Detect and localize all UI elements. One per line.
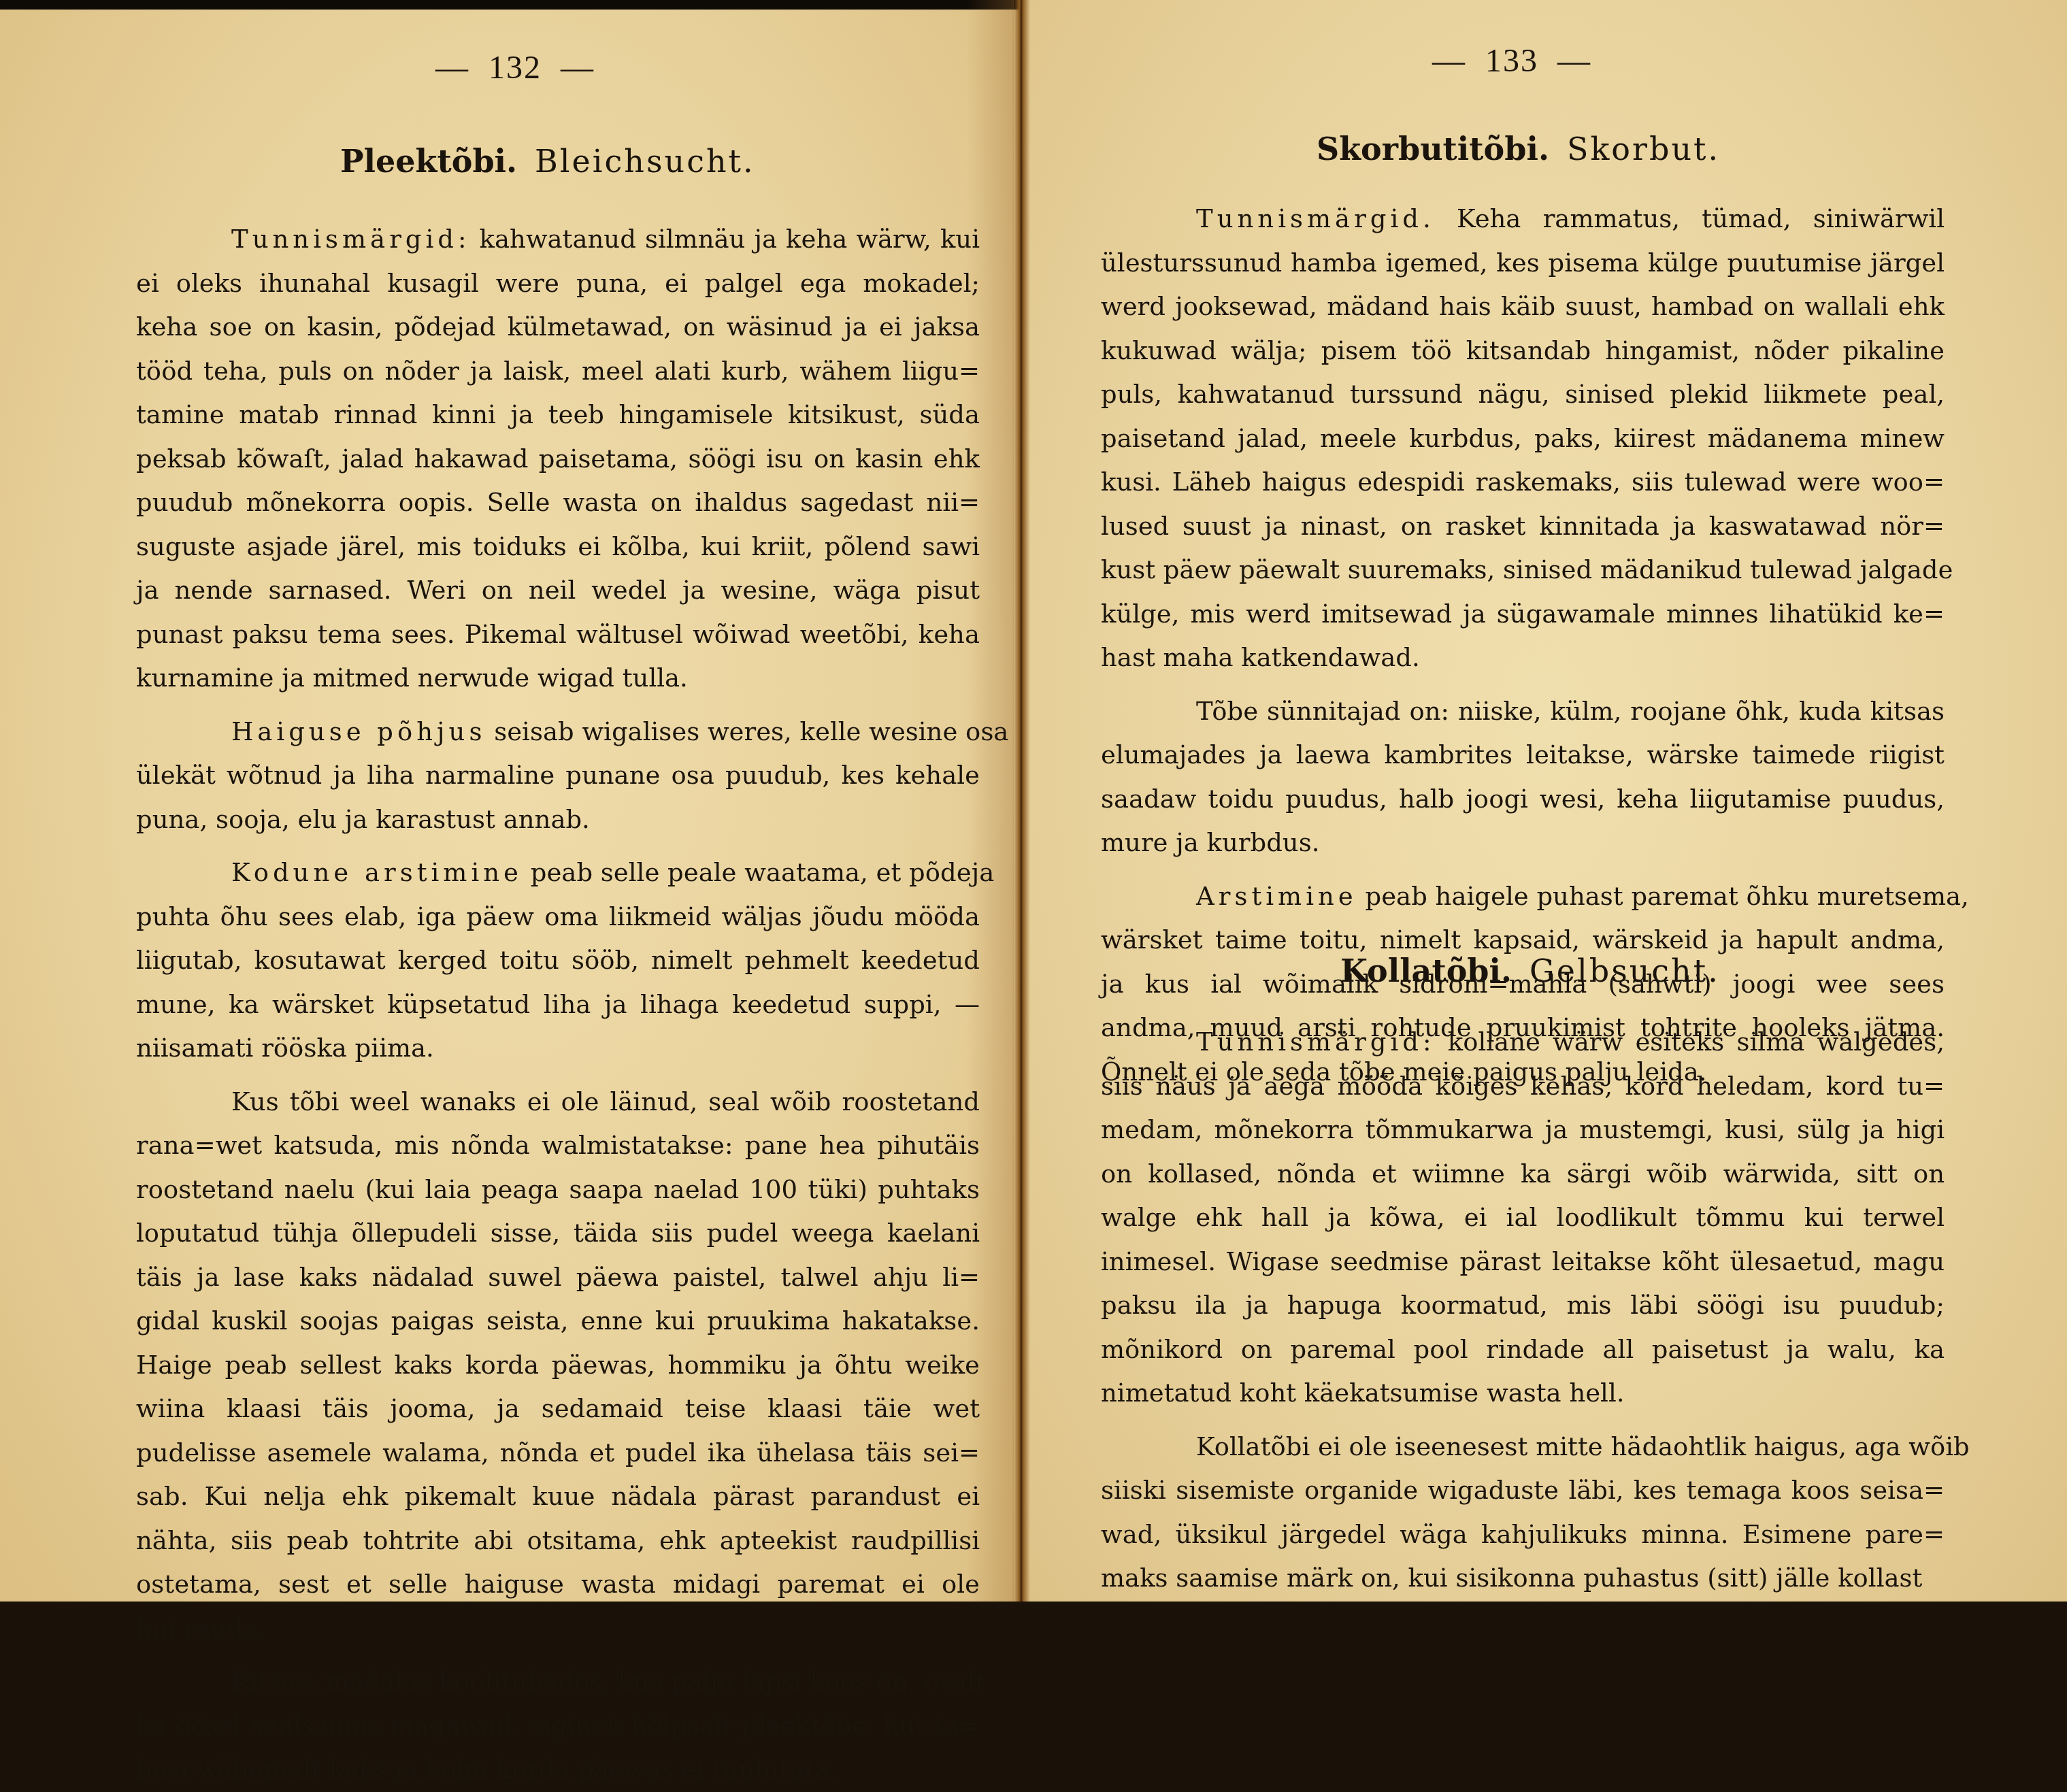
paragraph-gap	[1101, 1416, 1945, 1425]
left-page-body: Tunnismärgid: kahwatanud silmnäu ja keha…	[136, 218, 980, 1602]
text-line: nimetatud koht käekatsumise wasta hell.	[1101, 1372, 1945, 1416]
line-text: Keha rammatus, tümad, siniwärwil	[1457, 204, 1945, 233]
heading-title: Skorbutitõbi.	[1317, 131, 1549, 167]
text-line: walge ehk hall ja kõwa, ei ial loodlikul…	[1101, 1196, 1945, 1240]
line-text: wad, üksikul järgedel wäga kahjulikuks m…	[1101, 1520, 1945, 1549]
text-line: loputatud tühja õllepudeli sisse, täida …	[136, 1212, 980, 1256]
line-text: täis ja lase kaks nädalad suwel päewa pa…	[136, 1263, 980, 1292]
page-number-left: — 132 —	[435, 49, 595, 86]
text-line: suguste asjade järel, mis toiduks ei kõl…	[136, 525, 980, 569]
line-text: roostetand naelu (kui laia peaga saapa n…	[136, 1175, 980, 1204]
line-text: kurnamine ja mitmed nerwude wigad tulla.	[136, 663, 688, 693]
text-line: tamine matab rinnad kinni ja teeb hingam…	[136, 393, 980, 437]
paragraph: Kollatõbi ei ole iseenesest mitte hädaoh…	[1101, 1425, 1945, 1601]
text-line: punast paksu tema sees. Pikemal wältusel…	[136, 613, 980, 657]
line-text: peksab kõwaſt, jalad hakawad paisetama, …	[136, 444, 980, 474]
text-line: mure ja kurbdus.	[1101, 821, 1945, 865]
section-heading-kollatobi: Kollatõbi.Gelbsucht.	[1340, 952, 1720, 989]
line-text: elumajades ja laewa kambrites leitakse, …	[1101, 740, 1945, 769]
text-line: lused suust ja ninast, on rasket kinnita…	[1101, 505, 1945, 549]
paragraph-lead: Arstimine	[1196, 882, 1357, 911]
text-line: Kus tõbi weel wanaks ei ole läinud, seal…	[136, 1080, 980, 1125]
page-number-right: — 133 —	[1432, 42, 1591, 80]
paragraph-gap	[136, 1071, 980, 1080]
line-text: siiski sisemiste organide wigaduste läbi…	[1101, 1476, 1945, 1505]
text-line: Tunnismärgid: kollane wärw esiteks silma…	[1101, 1021, 1945, 1065]
text-line: ülesturssunud hamba igemed, kes pisema k…	[1101, 242, 1945, 286]
text-line: wiina klaasi täis jooma, ja sedamaid tei…	[136, 1387, 980, 1431]
text-line: kusi. Läheb haigus edespidi raskemaks, s…	[1101, 461, 1945, 505]
paragraph: Tunnismärgid: kahwatanud silmnäu ja keha…	[136, 218, 980, 701]
paragraph-gap	[1101, 680, 1945, 690]
text-line: Tunnismärgid: kahwatanud silmnäu ja keha…	[136, 218, 980, 262]
right-page-body-kollatobi: Tunnismärgid: kollane wärw esiteks silma…	[1101, 1021, 1945, 1601]
line-text: peab haigele puhast paremat õhku muretse…	[1366, 882, 1969, 911]
text-line: keha soe on kasin, põdejad külmetawad, o…	[136, 305, 980, 350]
line-text: tööd teha, puls on nõder ja laisk, meel …	[136, 356, 980, 386]
text-line: kurnamine ja mitmed nerwude wigad tulla.	[136, 657, 980, 701]
line-text: nähta, siis peab tohtrite abi otsitama, …	[136, 1526, 980, 1555]
text-line: roostetand naelu (kui laia peaga saapa n…	[136, 1168, 980, 1212]
text-line: Haige peab sellest kaks korda päewas, ho…	[136, 1344, 980, 1388]
text-line: hast maha katkendawad.	[1101, 636, 1945, 680]
text-line: puhta õhu sees elab, iga päew oma liikme…	[136, 895, 980, 940]
text-line: saadaw toidu puudus, halb joogi wesi, ke…	[1101, 778, 1945, 822]
text-line: mõnikord on paremal pool rindade all pai…	[1101, 1328, 1945, 1372]
line-text: kusi. Läheb haigus edespidi raskemaks, s…	[1101, 467, 1945, 497]
line-text: werd jooksewad, mädand hais käib suust, …	[1101, 292, 1945, 321]
line-text: ülekät wõtnud ja liha narmaline punane o…	[136, 761, 980, 790]
line-text: kahwatanud silmnäu ja keha wärw, kui	[480, 225, 980, 254]
line-text: nimetatud koht käekatsumise wasta hell.	[1101, 1378, 1625, 1408]
line-text: maks saamise märk on, kui sisikonna puha…	[1101, 1563, 1922, 1593]
line-text: Haige peab sellest kaks korda päewas, ho…	[136, 1350, 980, 1380]
line-text: kukuwad wälja; pisem töö kitsandab hinga…	[1101, 336, 1945, 365]
line-text: siis näus ja aega mööda kõiges kehas, ko…	[1101, 1072, 1945, 1101]
line-text: puls, kahwatanud turssund nägu, sinised …	[1101, 380, 1945, 409]
text-line: on kollased, nõnda et wiimne ka särgi wõ…	[1101, 1152, 1945, 1197]
line-text: inimesel. Wigase seedmise pärast leitaks…	[1101, 1247, 1945, 1276]
text-line: ja nende sarnased. Weri on neil wedel ja…	[136, 569, 980, 613]
text-line: kust päew päewalt suuremaks, sinised mäd…	[1101, 548, 1945, 593]
line-text: peab selle peale waatama, et põdeja	[531, 858, 994, 887]
paragraph-gap	[1101, 865, 1945, 875]
line-text: ülesturssunud hamba igemed, kes pisema k…	[1101, 248, 1945, 278]
text-line: ülekät wõtnud ja liha narmaline punane o…	[136, 754, 980, 798]
text-line: wad, üksikul järgedel wäga kahjulikuks m…	[1101, 1513, 1945, 1557]
line-text: kollane wärw esiteks silma walgedes,	[1448, 1027, 1945, 1057]
text-line: täis ja lase kaks nädalad suwel päewa pa…	[136, 1256, 980, 1300]
line-text: mure ja kurbdus.	[1101, 828, 1319, 857]
text-line: rana=wet katsuda, mis nõnda walmistataks…	[136, 1124, 980, 1168]
text-line: Tunnismärgid. Keha rammatus, tümad, sini…	[1101, 197, 1945, 242]
text-line: Haiguse põhjus seisab wigalises weres, k…	[136, 710, 980, 754]
line-text: keha soe on kasin, põdejad külmetawad, o…	[136, 312, 980, 342]
line-text: Kus tõbi weel wanaks ei ole läinud, seal…	[231, 1087, 980, 1116]
paragraph-lead: Tunnismärgid:	[231, 225, 471, 254]
heading-title: Pleektõbi.	[340, 143, 517, 180]
text-line: Kollatõbi ei ole iseenesest mitte hädaoh…	[1101, 1425, 1945, 1470]
line-text: walge ehk hall ja kõwa, ei ial loodlikul…	[1101, 1203, 1945, 1232]
paragraph: Kodune arstimine peab selle peale waatam…	[136, 851, 980, 1071]
text-line: siis näus ja aega mööda kõiges kehas, ko…	[1101, 1065, 1945, 1109]
paragraph-lead: Tunnismärgid.	[1196, 204, 1435, 233]
book-gutter	[1012, 0, 1030, 1602]
paragraph: Tõbe sünnitajad on: niiske, külm, roojan…	[1101, 690, 1945, 865]
paragraph: Tunnismärgid. Keha rammatus, tümad, sini…	[1101, 197, 1945, 680]
text-line: puls, kahwatanud turssund nägu, sinised …	[1101, 373, 1945, 417]
paragraph: Haiguse põhjus seisab wigalises weres, k…	[136, 710, 980, 842]
paragraph-lead: Kodune arstimine	[231, 858, 523, 887]
line-text: mune, ka wärsket küpsetatud liha ja liha…	[136, 990, 980, 1019]
text-line: puna, sooja, elu ja karastust annab.	[136, 798, 980, 842]
line-text: saadaw toidu puudus, halb joogi wesi, ke…	[1101, 784, 1945, 814]
line-text: rana=wet katsuda, mis nõnda walmistataks…	[136, 1131, 980, 1160]
line-text: niisamati rööska piima.	[136, 1033, 434, 1063]
text-line: gidal kuskil soojas paigas seista, enne …	[136, 1299, 980, 1344]
text-line: ei oleks ihunahal kusagil were puna, ei …	[136, 262, 980, 306]
text-line: Tõbe sünnitajad on: niiske, külm, roojan…	[1101, 690, 1945, 734]
line-text: kust päew päewalt suuremaks, sinised mäd…	[1101, 555, 1953, 584]
heading-subtitle: Gelbsucht.	[1529, 952, 1720, 989]
paragraph: Kus tõbi weel wanaks ei ole läinud, seal…	[136, 1080, 980, 1602]
text-line: puudub mõnekorra oopis. Selle wasta on i…	[136, 481, 980, 525]
book-spread: — 132 — Pleektõbi.Bleichsucht. Tunnismär…	[0, 0, 2067, 1602]
line-text: paksu ila ja hapuga koormatud, mis läbi …	[1101, 1291, 1945, 1320]
text-line: sab. Kui nelja ehk pikemalt kuue nädala …	[136, 1475, 980, 1519]
text-line: mune, ka wärsket küpsetatud liha ja liha…	[136, 983, 980, 1027]
paragraph-lead: Haiguse põhjus	[231, 717, 486, 746]
line-text: gidal kuskil soojas paigas seista, enne …	[136, 1306, 980, 1335]
line-text: puna, sooja, elu ja karastust annab.	[136, 805, 590, 834]
text-line: siiski sisemiste organide wigaduste läbi…	[1101, 1469, 1945, 1513]
line-text: tamine matab rinnad kinni ja teeb hingam…	[136, 400, 980, 429]
paragraph: Tunnismärgid: kollane wärw esiteks silma…	[1101, 1021, 1945, 1416]
text-line: nähta, siis peab tohtrite abi otsitama, …	[136, 1519, 980, 1563]
text-line: paisetand jalad, meele kurbdus, paks, ki…	[1101, 417, 1945, 461]
line-text: hast maha katkendawad.	[1101, 643, 1420, 672]
text-line: Arstimine peab haigele puhast paremat õh…	[1101, 875, 1945, 919]
line-text: puudub mõnekorra oopis. Selle wasta on i…	[136, 488, 980, 517]
text-line: elumajades ja laewa kambrites leitakse, …	[1101, 733, 1945, 778]
paragraph-gap	[136, 842, 980, 851]
line-text: puhta õhu sees elab, iga päew oma liikme…	[136, 902, 980, 931]
text-line: ostetama, sest et selle haiguse wasta mi…	[136, 1563, 980, 1602]
line-text: loputatud tühja õllepudeli sisse, täida …	[136, 1218, 980, 1248]
paragraph-lead: Tunnismärgid:	[1196, 1027, 1436, 1057]
line-text: sab. Kui nelja ehk pikemalt kuue nädala …	[136, 1482, 980, 1511]
text-line: peksab kõwaſt, jalad hakawad paisetama, …	[136, 437, 980, 482]
line-text: külge, mis werd imitsewad ja sügawamale …	[1101, 599, 1945, 629]
heading-subtitle: Bleichsucht.	[535, 143, 755, 180]
line-text: ei oleks ihunahal kusagil were puna, ei …	[136, 269, 980, 298]
heading-title: Kollatõbi.	[1340, 952, 1512, 989]
line-text: medam, mõnekorra tõmmukarwa ja mustemgi,…	[1101, 1115, 1945, 1144]
line-text: on kollased, nõnda et wiimne ka särgi wõ…	[1101, 1159, 1945, 1189]
scan-top-border	[0, 0, 1021, 10]
line-text: seisab wigalises weres, kelle wesine osa	[494, 717, 1008, 746]
line-text: paisetand jalad, meele kurbdus, paks, ki…	[1101, 424, 1945, 453]
line-text: punast paksu tema sees. Pikemal wältusel…	[136, 620, 980, 649]
line-text: ostetama, sest et selle haiguse wasta mi…	[136, 1570, 980, 1599]
text-line: külge, mis werd imitsewad ja sügawamale …	[1101, 593, 1945, 637]
line-text: wärsket taime toitu, nimelt kapsaid, wär…	[1101, 925, 1945, 955]
text-line: paksu ila ja hapuga koormatud, mis läbi …	[1101, 1284, 1945, 1328]
text-line: Kodune arstimine peab selle peale waatam…	[136, 851, 980, 895]
text-line: medam, mõnekorra tõmmukarwa ja mustemgi,…	[1101, 1108, 1945, 1152]
line-text: pudelisse asemele walama, nõnda et pudel…	[136, 1438, 980, 1467]
text-line: maks saamise märk on, kui sisikonna puha…	[1101, 1557, 1945, 1601]
text-line: pudelisse asemele walama, nõnda et pudel…	[136, 1431, 980, 1476]
line-text: Kollatõbi ei ole iseenesest mitte hädaoh…	[1196, 1432, 1970, 1461]
section-heading-pleektobi: Pleektõbi.Bleichsucht.	[340, 143, 755, 180]
line-text: suguste asjade järel, mis toiduks ei kõl…	[136, 532, 980, 561]
text-line: tööd teha, puls on nõder ja laisk, meel …	[136, 350, 980, 394]
line-text: mõnikord on paremal pool rindade all pai…	[1101, 1335, 1945, 1364]
line-text: liigutab, kosutawat kerged toitu sööb, n…	[136, 946, 980, 975]
text-line: liigutab, kosutawat kerged toitu sööb, n…	[136, 939, 980, 983]
line-text: ja nende sarnased. Weri on neil wedel ja…	[136, 576, 980, 605]
text-line: kukuwad wälja; pisem töö kitsandab hinga…	[1101, 329, 1945, 374]
text-line: inimesel. Wigase seedmise pärast leitaks…	[1101, 1240, 1945, 1284]
text-line: werd jooksewad, mädand hais käib suust, …	[1101, 285, 1945, 329]
line-text: lused suust ja ninast, on rasket kinnita…	[1101, 512, 1945, 541]
paragraph-gap	[136, 701, 980, 710]
line-text: wiina klaasi täis jooma, ja sedamaid tei…	[136, 1394, 980, 1423]
section-heading-skorbutitobi: Skorbutitõbi.Skorbut.	[1317, 131, 1720, 167]
heading-subtitle: Skorbut.	[1567, 131, 1720, 167]
text-line: niisamati rööska piima.	[136, 1027, 980, 1071]
line-text: Tõbe sünnitajad on: niiske, külm, roojan…	[1196, 697, 1945, 726]
